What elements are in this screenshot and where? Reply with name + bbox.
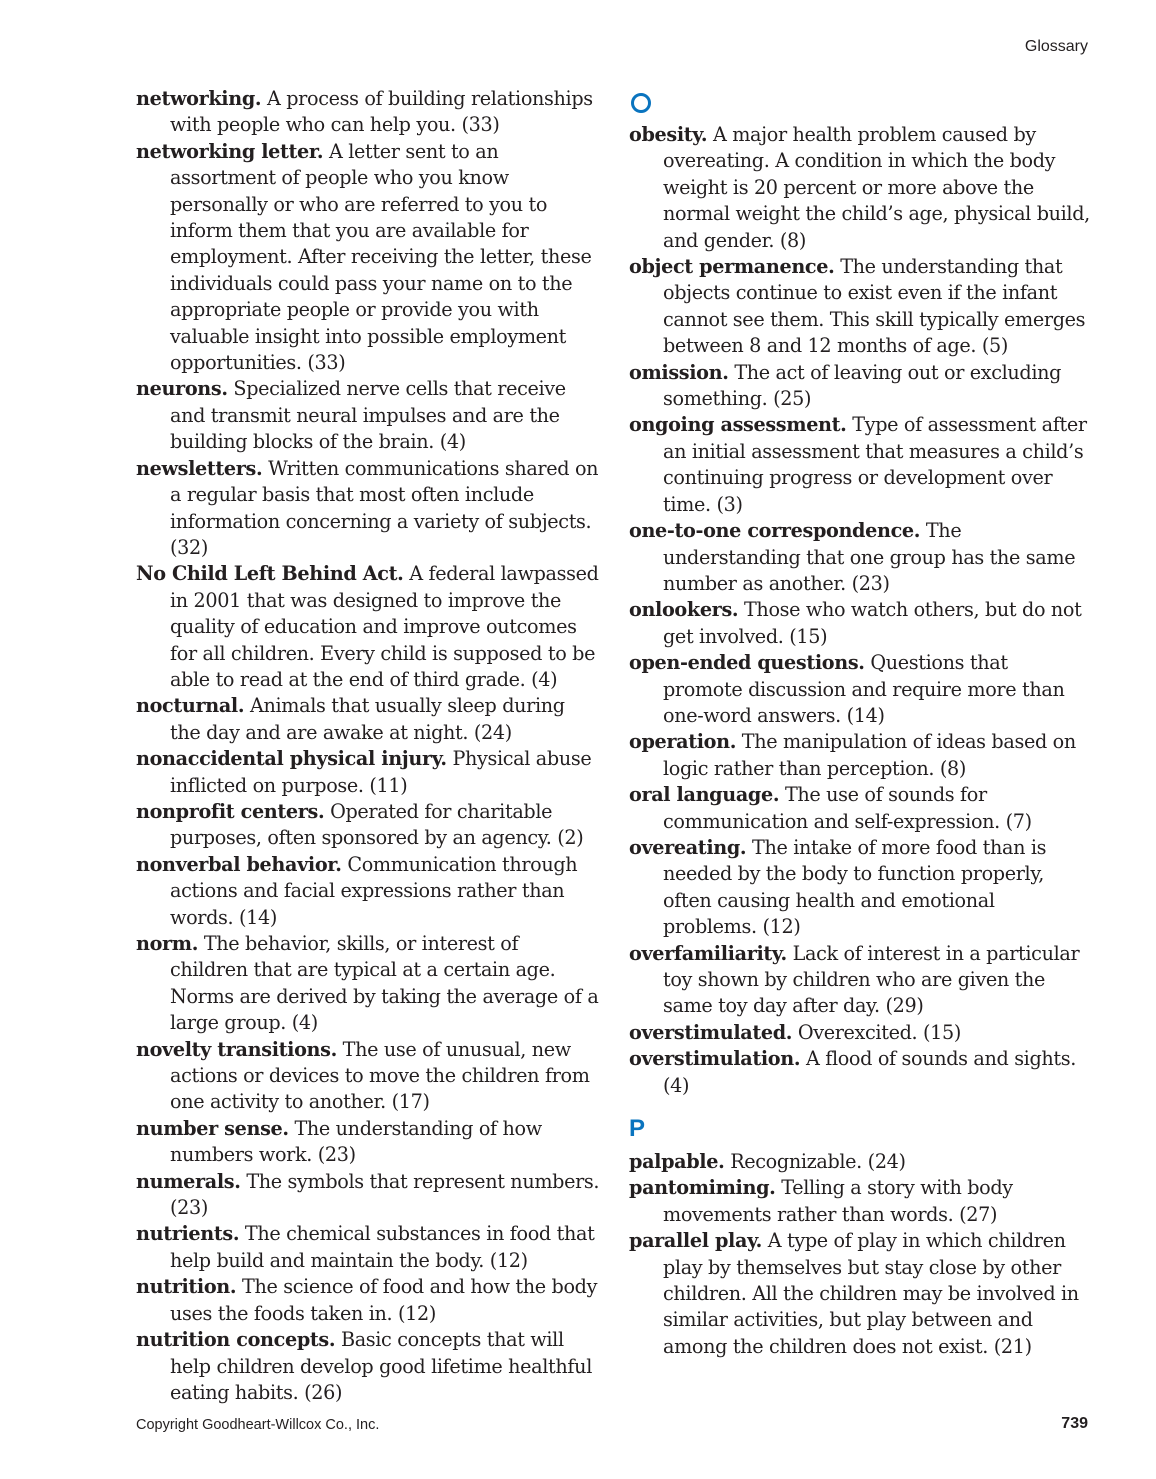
glossary-term: parallel play. bbox=[629, 1229, 762, 1252]
glossary-term: obesity. bbox=[629, 123, 707, 146]
glossary-entry: novelty transitions. The use of unusual,… bbox=[136, 1037, 600, 1116]
glossary-entry: nonprofit centers. Operated for charitab… bbox=[136, 799, 600, 852]
glossary-column-right: obesity. A major health problem caused b… bbox=[629, 86, 1091, 1360]
copyright-notice: Copyright Goodheart-Willcox Co., Inc. bbox=[136, 1417, 379, 1433]
glossary-entry: parallel play. A type of play in which c… bbox=[629, 1228, 1091, 1360]
glossary-entry: networking letter. A letter sent to an a… bbox=[136, 139, 600, 377]
glossary-term: nutrition concepts. bbox=[136, 1328, 335, 1351]
glossary-term: overstimulated. bbox=[629, 1021, 792, 1044]
glossary-term: nutrition. bbox=[136, 1275, 236, 1298]
glossary-term: networking letter. bbox=[136, 140, 323, 163]
glossary-term: nonverbal behavior. bbox=[136, 853, 342, 876]
section-letter-p: P bbox=[629, 1115, 1091, 1143]
glossary-term: ongoing assessment. bbox=[629, 413, 847, 436]
glossary-entry: nutrition. The science of food and how t… bbox=[136, 1274, 600, 1327]
glossary-term: onlookers. bbox=[629, 598, 738, 621]
glossary-entry: nonverbal behavior. Communication throug… bbox=[136, 852, 600, 931]
glossary-entry: numerals. The symbols that represent num… bbox=[136, 1169, 600, 1222]
glossary-term: palpable. bbox=[629, 1150, 724, 1173]
glossary-entry: nonaccidental physical injury. Physical … bbox=[136, 746, 600, 799]
glossary-term: open-ended questions. bbox=[629, 651, 865, 674]
glossary-term: overeating. bbox=[629, 836, 746, 859]
glossary-term: object permanence. bbox=[629, 255, 834, 278]
glossary-entry: nutrition concepts. Basic concepts that … bbox=[136, 1327, 600, 1406]
glossary-definition: Specialized nerve cells that receive and… bbox=[170, 377, 566, 453]
glossary-term: neurons. bbox=[136, 377, 228, 400]
glossary-entry: overstimulation. A flood of sounds and s… bbox=[629, 1046, 1091, 1099]
glossary-term: operation. bbox=[629, 730, 736, 753]
glossary-term: pantomiming. bbox=[629, 1176, 776, 1199]
glossary-entry: obesity. A major health problem caused b… bbox=[629, 122, 1091, 254]
glossary-entry: No Child Left Behind Act. A federal lawp… bbox=[136, 561, 600, 693]
glossary-term: number sense. bbox=[136, 1117, 289, 1140]
glossary-entry: neurons. Specialized nerve cells that re… bbox=[136, 376, 600, 455]
glossary-entry: onlookers. Those who watch others, but d… bbox=[629, 597, 1091, 650]
glossary-entry: number sense. The understanding of how n… bbox=[136, 1116, 600, 1169]
glossary-definition: A major health problem caused by overeat… bbox=[663, 123, 1090, 252]
glossary-term: one-to-one correspondence. bbox=[629, 519, 920, 542]
glossary-entry: oral language. The use of sounds for com… bbox=[629, 782, 1091, 835]
glossary-column-left: networking. A process of building relati… bbox=[136, 86, 600, 1406]
glossary-entry: pantomiming. Telling a story with body m… bbox=[629, 1175, 1091, 1228]
glossary-term: overfamiliarity. bbox=[629, 942, 787, 965]
glossary-term: omission. bbox=[629, 361, 729, 384]
glossary-term: oral language. bbox=[629, 783, 779, 806]
glossary-term: overstimulation. bbox=[629, 1047, 800, 1070]
glossary-term: nonprofit centers. bbox=[136, 800, 324, 823]
glossary-entry: newsletters. Written communications shar… bbox=[136, 456, 600, 562]
glossary-term: No Child Left Behind Act. bbox=[136, 562, 403, 585]
glossary-entry: nutrients. The chemical substances in fo… bbox=[136, 1221, 600, 1274]
glossary-entry: operation. The manipulation of ideas bas… bbox=[629, 729, 1091, 782]
glossary-entry: networking. A process of building relati… bbox=[136, 86, 600, 139]
glossary-entry: one-to-one correspondence. The understan… bbox=[629, 518, 1091, 597]
glossary-term: novelty transitions. bbox=[136, 1038, 337, 1061]
glossary-definition: Recognizable. (24) bbox=[730, 1150, 906, 1173]
glossary-entry: norm. The behavior, skills, or interest … bbox=[136, 931, 600, 1037]
page-number: 739 bbox=[1061, 1415, 1088, 1433]
glossary-definition: A letter sent to an assortment of people… bbox=[170, 140, 592, 374]
glossary-entry: palpable. Recognizable. (24) bbox=[629, 1149, 1091, 1175]
running-head: Glossary bbox=[1025, 38, 1088, 56]
glossary-entry: overeating. The intake of more food than… bbox=[629, 835, 1091, 941]
letter-o-glyph bbox=[631, 93, 651, 113]
section-letter-o bbox=[629, 86, 1091, 116]
glossary-term: nonaccidental physical injury. bbox=[136, 747, 447, 770]
glossary-entry: overstimulated. Overexcited. (15) bbox=[629, 1020, 1091, 1046]
glossary-term: norm. bbox=[136, 932, 198, 955]
glossary-entry: ongoing assessment. Type of assessment a… bbox=[629, 412, 1091, 518]
glossary-entry: nocturnal. Animals that usually sleep du… bbox=[136, 693, 600, 746]
glossary-term: networking. bbox=[136, 87, 261, 110]
glossary-entry: overfamiliarity. Lack of interest in a p… bbox=[629, 941, 1091, 1020]
glossary-definition: Overexcited. (15) bbox=[798, 1021, 961, 1044]
glossary-entry: omission. The act of leaving out or excl… bbox=[629, 360, 1091, 413]
glossary-term: nocturnal. bbox=[136, 694, 244, 717]
glossary-entry: open-ended questions. Questions that pro… bbox=[629, 650, 1091, 729]
glossary-entry: object permanence. The understanding tha… bbox=[629, 254, 1091, 360]
glossary-term: numerals. bbox=[136, 1170, 241, 1193]
glossary-term: nutrients. bbox=[136, 1222, 239, 1245]
glossary-term: newsletters. bbox=[136, 457, 262, 480]
glossary-definition: The behavior, skills, or interest of chi… bbox=[170, 932, 598, 1034]
